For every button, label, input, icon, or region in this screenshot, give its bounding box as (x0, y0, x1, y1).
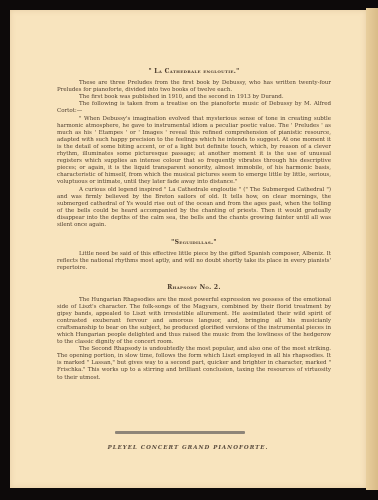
spacer (57, 229, 331, 239)
page-content: " La Cathedrale engloutie." These are th… (57, 68, 331, 382)
image-top-edge-rule (115, 431, 245, 434)
paragraph: The Hungarian Rhapsodies are the most po… (57, 297, 331, 347)
paragraph: These are three Preludes from the first … (57, 80, 331, 94)
paragraph: The first book was published in 1910, an… (57, 94, 331, 101)
paragraph: The following is taken from a treatise o… (57, 101, 331, 115)
spacer (57, 272, 331, 284)
paragraph: Little need be said of this effective li… (57, 251, 331, 272)
quotation-paragraph: " When Debussy's imagination evolved tha… (57, 116, 331, 187)
image-caption: PLEYEL CONCERT GRAND PIANOFORTE. (10, 445, 366, 451)
paragraph: The Second Rhapsody is undoubtedly the m… (57, 346, 331, 381)
section-rhapsody: Rhapsody No. 2. The Hungarian Rhapsodies… (57, 284, 331, 381)
section-seguidillas: "Seguidillas." Little need be said of th… (57, 239, 331, 272)
section-cathedrale: " La Cathedrale engloutie." These are th… (57, 68, 331, 229)
book-page: " La Cathedrale engloutie." These are th… (10, 10, 366, 488)
section-heading: Rhapsody No. 2. (57, 284, 331, 291)
page-edge (366, 8, 378, 490)
section-heading: "Seguidillas." (57, 239, 331, 246)
section-heading: " La Cathedrale engloutie." (57, 68, 331, 75)
paragraph: A curious old legend inspired " La Cathe… (57, 187, 331, 230)
